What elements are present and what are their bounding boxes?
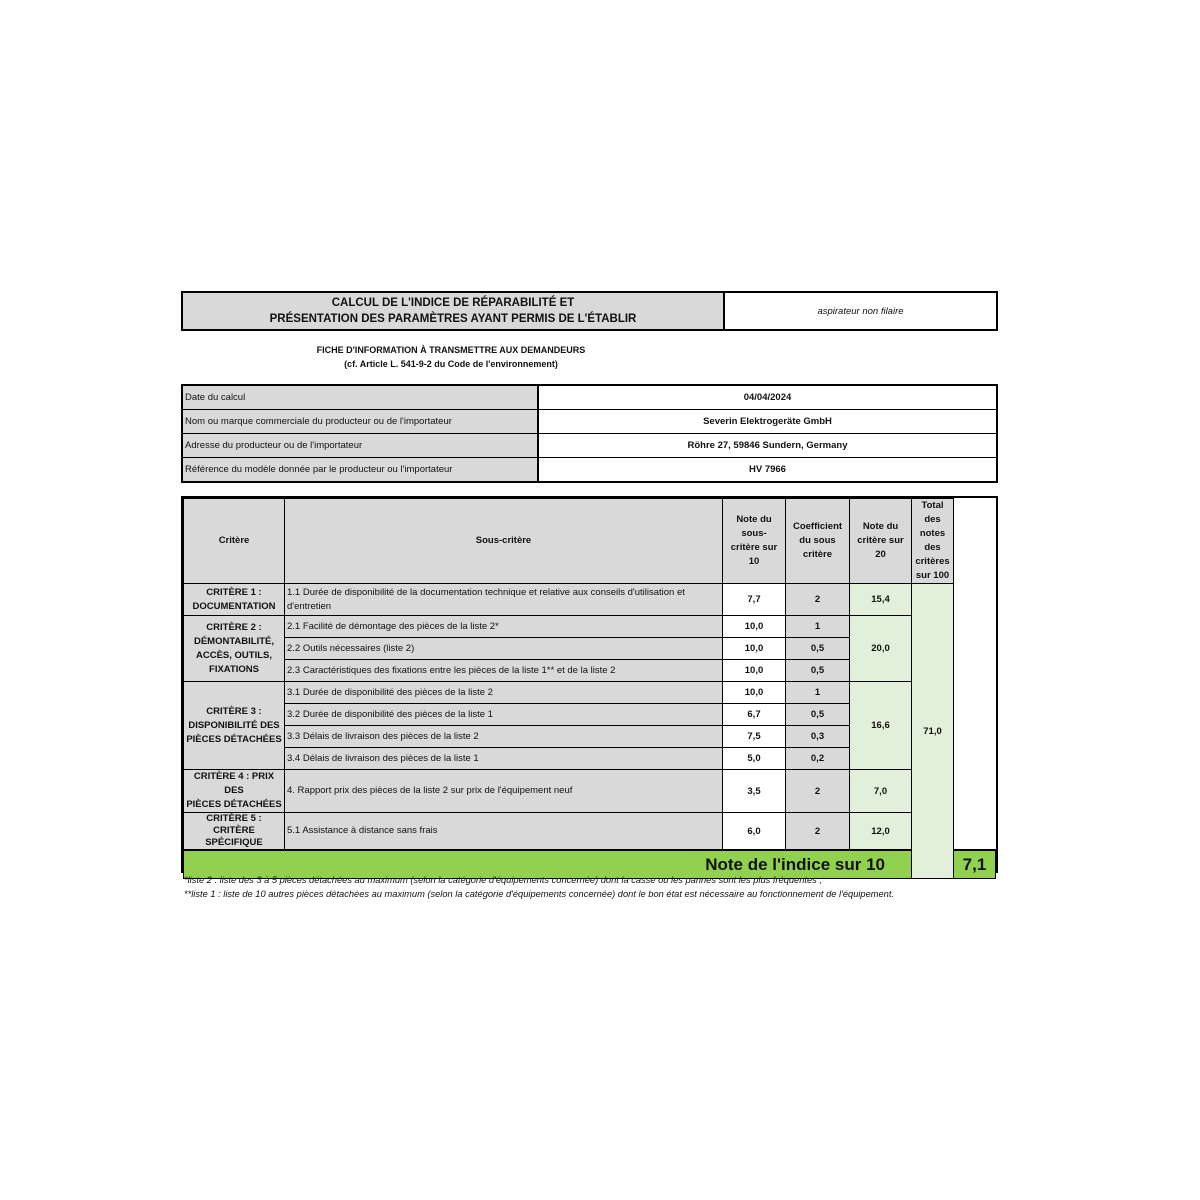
sub-criterion-label: 2.3 Caractéristiques des fixations entre… — [285, 660, 723, 682]
header-line: des critères — [914, 541, 951, 569]
footnotes: *liste 2 : liste des 3 à 5 pièces détach… — [184, 873, 1000, 901]
sub-criterion-note: 10,0 — [723, 616, 786, 638]
criterion-line: FIXATIONS — [186, 663, 282, 677]
header-line: critère sur 10 — [725, 541, 783, 569]
sub-criterion-label: 3.2 Durée de disponibilité des pièces de… — [285, 704, 723, 726]
info-row-address: Adresse du producteur ou de l'importateu… — [183, 434, 996, 458]
col-header-total100: Total des notesdes critèressur 100 — [912, 499, 954, 584]
sub-criterion-note: 10,0 — [723, 638, 786, 660]
criterion-2-name: CRITÈRE 2 :DÉMONTABILITÉ,ACCÈS, OUTILS,F… — [184, 616, 285, 682]
header-line: du sous — [788, 534, 847, 548]
sub-criterion-label: 5.1 Assistance à distance sans frais — [285, 813, 723, 851]
criterion-line: CRITÈRE 1 : — [186, 586, 282, 600]
title-line-2: PRÉSENTATION DES PARAMÈTRES AYANT PERMIS… — [270, 311, 637, 327]
sub-criterion-note: 10,0 — [723, 660, 786, 682]
criterion-line: ACCÈS, OUTILS, — [186, 649, 282, 663]
footnote-liste-1: **liste 1 : liste de 10 autres pièces dé… — [184, 887, 1000, 901]
criterion-line: DOCUMENTATION — [186, 600, 282, 614]
sub-criterion-label: 2.1 Facilité de démontage des pièces de … — [285, 616, 723, 638]
criterion-line: PIÈCES DÉTACHÉES — [186, 798, 282, 812]
table-header-row: Critère Sous-critère Note du sous-critèr… — [184, 499, 996, 584]
info-value: HV 7966 — [538, 458, 996, 482]
sub-criterion-coef: 2 — [786, 813, 850, 851]
table-row: CRITÈRE 5 : CRITÈRESPÉCIFIQUE 5.1 Assist… — [184, 813, 996, 851]
sub-criterion-label: 1.1 Durée de disponibilité de la documen… — [285, 584, 723, 616]
sub-criterion-coef: 0,5 — [786, 660, 850, 682]
header-line: Note du — [852, 520, 909, 534]
header-line: Total des notes — [914, 499, 951, 541]
total-score-100: 71,0 — [912, 584, 954, 879]
criterion-line: PIÈCES DÉTACHÉES — [186, 733, 282, 747]
sub-criterion-coef: 0,5 — [786, 704, 850, 726]
sub-criterion-note: 3,5 — [723, 770, 786, 813]
subtitle-line-1: FICHE D'INFORMATION À TRANSMETTRE AUX DE… — [181, 343, 721, 357]
info-value: 04/04/2024 — [538, 386, 996, 410]
document-title: CALCUL DE L'INDICE DE RÉPARABILITÉ ET PR… — [183, 293, 725, 329]
info-value: Röhre 27, 59846 Sundern, Germany — [538, 434, 996, 458]
sub-criterion-label: 2.2 Outils nécessaires (liste 2) — [285, 638, 723, 660]
criterion-line: SPÉCIFIQUE — [186, 837, 282, 849]
subtitle-line-2: (cf. Article L. 541-9-2 du Code de l'env… — [181, 357, 721, 371]
col-header-note20: Note ducritère sur 20 — [850, 499, 912, 584]
sub-criterion-note: 7,5 — [723, 726, 786, 748]
table-row: CRITÈRE 2 :DÉMONTABILITÉ,ACCÈS, OUTILS,F… — [184, 616, 996, 638]
criterion-3-name: CRITÈRE 3 :DISPONIBILITÉ DESPIÈCES DÉTAC… — [184, 682, 285, 770]
info-row-date: Date du calcul 04/04/2024 — [183, 386, 996, 410]
product-info-table: Date du calcul 04/04/2024 Nom ou marque … — [181, 384, 998, 483]
table-row: CRITÈRE 4 : PRIX DESPIÈCES DÉTACHÉES 4. … — [184, 770, 996, 813]
col-header-sous-critere: Sous-critère — [285, 499, 723, 584]
sub-criterion-note: 6,0 — [723, 813, 786, 851]
sub-criterion-coef: 0,3 — [786, 726, 850, 748]
criterion-5-name: CRITÈRE 5 : CRITÈRESPÉCIFIQUE — [184, 813, 285, 851]
sub-criterion-note: 6,7 — [723, 704, 786, 726]
col-header-critere: Critère — [184, 499, 285, 584]
sub-criterion-label: 4. Rapport prix des pièces de la liste 2… — [285, 770, 723, 813]
sub-criterion-label: 3.3 Délais de livraison des pièces de la… — [285, 726, 723, 748]
info-value: Severin Elektrogeräte GmbH — [538, 410, 996, 434]
info-label: Date du calcul — [183, 386, 538, 410]
info-label: Adresse du producteur ou de l'importateu… — [183, 434, 538, 458]
product-category: aspirateur non filaire — [725, 293, 996, 329]
document-header: CALCUL DE L'INDICE DE RÉPARABILITÉ ET PR… — [181, 291, 998, 331]
sub-criterion-label: 3.4 Délais de livraison des pièces de la… — [285, 748, 723, 770]
info-label: Référence du modèle donnée par le produc… — [183, 458, 538, 482]
info-row-model: Référence du modèle donnée par le produc… — [183, 458, 996, 482]
criterion-line: CRITÈRE 4 : PRIX DES — [186, 770, 282, 798]
sub-criterion-coef: 0,2 — [786, 748, 850, 770]
sub-criterion-note: 7,7 — [723, 584, 786, 616]
criterion-line: DISPONIBILITÉ DES — [186, 719, 282, 733]
sub-criterion-coef: 0,5 — [786, 638, 850, 660]
sub-criterion-note: 10,0 — [723, 682, 786, 704]
info-row-brand: Nom ou marque commerciale du producteur … — [183, 410, 996, 434]
col-header-coefficient: Coefficientdu souscritère — [786, 499, 850, 584]
title-line-1: CALCUL DE L'INDICE DE RÉPARABILITÉ ET — [332, 295, 575, 311]
criterion-3-score: 16,6 — [850, 682, 912, 770]
criterion-1-name: CRITÈRE 1 :DOCUMENTATION — [184, 584, 285, 616]
header-line: Note du sous- — [725, 513, 783, 541]
criterion-1-score: 15,4 — [850, 584, 912, 616]
footnote-liste-2: *liste 2 : liste des 3 à 5 pièces détach… — [184, 873, 1000, 887]
sub-criterion-note: 5,0 — [723, 748, 786, 770]
criterion-line: DÉMONTABILITÉ, — [186, 635, 282, 649]
repairability-score-table: Critère Sous-critère Note du sous-critèr… — [181, 496, 998, 873]
sub-criterion-coef: 1 — [786, 682, 850, 704]
sub-criterion-coef: 1 — [786, 616, 850, 638]
table-row: CRITÈRE 1 :DOCUMENTATION 1.1 Durée de di… — [184, 584, 996, 616]
criterion-line: CRITÈRE 2 : — [186, 621, 282, 635]
criterion-5-score: 12,0 — [850, 813, 912, 851]
criterion-line: CRITÈRE 3 : — [186, 705, 282, 719]
header-line: critère — [788, 548, 847, 562]
header-line: critère sur 20 — [852, 534, 909, 562]
info-label: Nom ou marque commerciale du producteur … — [183, 410, 538, 434]
header-line: sur 100 — [914, 569, 951, 583]
sub-criterion-coef: 2 — [786, 584, 850, 616]
criterion-line: CRITÈRE 5 : CRITÈRE — [186, 813, 282, 837]
table-row: CRITÈRE 3 :DISPONIBILITÉ DESPIÈCES DÉTAC… — [184, 682, 996, 704]
sub-criterion-label: 3.1 Durée de disponibilité des pièces de… — [285, 682, 723, 704]
sub-criterion-coef: 2 — [786, 770, 850, 813]
col-header-note10: Note du sous-critère sur 10 — [723, 499, 786, 584]
criterion-2-score: 20,0 — [850, 616, 912, 682]
subtitle: FICHE D'INFORMATION À TRANSMETTRE AUX DE… — [181, 343, 721, 371]
header-line: Coefficient — [788, 520, 847, 534]
criterion-4-score: 7,0 — [850, 770, 912, 813]
criterion-4-name: CRITÈRE 4 : PRIX DESPIÈCES DÉTACHÉES — [184, 770, 285, 813]
